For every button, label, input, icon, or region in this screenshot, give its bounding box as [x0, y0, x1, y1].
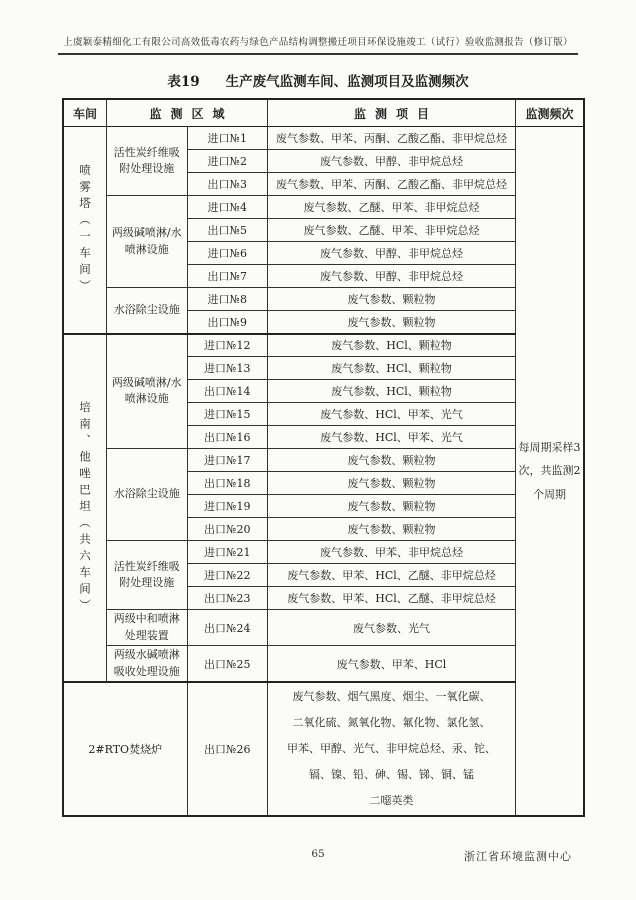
items-cell: 废气参数、HCl、颗粒物: [268, 357, 516, 380]
items-cell: 废气参数、甲苯、HCl、乙醚、非甲烷总烃: [268, 587, 516, 610]
table-row-rto: 2#RTO焚烧炉出口№26废气参数、烟气黑度、烟尘、一氧化碳、二氧化硫、氮氧化物…: [63, 682, 584, 816]
facility-cell: 两级中和喷淋处理装置: [107, 610, 188, 646]
table-row: 水浴除尘设施进口№8废气参数、颗粒物: [63, 288, 584, 311]
items-cell: 废气参数、甲苯、非甲烷总烃: [268, 541, 516, 564]
rto-items-line: 二氧化硫、氮氧化物、氟化物、氯化氢、: [270, 710, 513, 736]
items-cell: 废气参数、颗粒物: [268, 288, 516, 311]
port-cell: 出口№23: [187, 587, 268, 610]
facility-cell: 水浴除尘设施: [107, 449, 188, 541]
table-row: 两级碱喷淋/水喷淋设施进口№4废气参数、乙醚、甲苯、非甲烷总烃: [63, 196, 584, 219]
items-cell: 废气参数、颗粒物: [268, 472, 516, 495]
table-row: 两级中和喷淋处理装置出口№24废气参数、光气: [63, 610, 584, 646]
items-cell: 废气参数、甲醇、非甲烷总烃: [268, 150, 516, 173]
table-caption: 表19生产废气监测车间、监测项目及监测频次: [58, 70, 578, 90]
items-cell: 废气参数、甲苯、丙酮、乙酸乙酯、非甲烷总烃: [268, 127, 516, 150]
port-cell: 出口№18: [187, 472, 268, 495]
port-cell: 进口№1: [187, 127, 268, 150]
workshop-cell: 喷雾塔（一车间）: [63, 127, 107, 334]
items-cell: 废气参数、烟气黑度、烟尘、一氧化碳、二氧化硫、氮氧化物、氟化物、氯化氢、甲苯、甲…: [268, 682, 516, 816]
port-cell: 进口№6: [187, 242, 268, 265]
monitoring-table: 车间 监测区域 监测项目 监测频次 喷雾塔（一车间）活性炭纤维吸附处理设施进口№…: [62, 98, 585, 817]
table-caption-label: 表19: [167, 74, 199, 90]
items-cell: 废气参数、甲醇、非甲烷总烃: [268, 265, 516, 288]
facility-cell: 水浴除尘设施: [107, 288, 188, 334]
frequency-cell: 每周期采样3次，共监测2个周期: [516, 127, 585, 817]
running-header: 上虞颖泰精细化工有限公司高效低毒农药与绿色产品结构调整搬迁项目环保设施竣工（试行…: [58, 34, 578, 55]
port-cell: 进口№22: [187, 564, 268, 587]
items-cell: 废气参数、甲苯、HCl: [268, 646, 516, 683]
items-cell: 废气参数、甲醇、非甲烷总烃: [268, 242, 516, 265]
document-page: 上虞颖泰精细化工有限公司高效低毒农药与绿色产品结构调整搬迁项目环保设施竣工（试行…: [0, 0, 636, 900]
footer-organization: 浙江省环境监测中心: [464, 848, 572, 864]
rto-items-line: 废气参数、烟气黑度、烟尘、一氧化碳、: [270, 684, 513, 710]
port-cell: 进口№13: [187, 357, 268, 380]
port-cell: 进口№15: [187, 403, 268, 426]
items-cell: 废气参数、HCl、颗粒物: [268, 380, 516, 403]
table-caption-title: 生产废气监测车间、监测项目及监测频次: [226, 74, 469, 90]
rto-items-line: 二噁英类: [270, 788, 513, 814]
port-cell: 进口№4: [187, 196, 268, 219]
port-cell: 进口№8: [187, 288, 268, 311]
rto-name-cell: 2#RTO焚烧炉: [63, 682, 187, 816]
items-cell: 废气参数、HCl、甲苯、光气: [268, 426, 516, 449]
items-cell: 废气参数、颗粒物: [268, 311, 516, 334]
items-cell: 废气参数、光气: [268, 610, 516, 646]
port-cell: 进口№21: [187, 541, 268, 564]
header-area: 监测区域: [107, 99, 268, 127]
table-row: 两级水碱喷淋吸收处理设施出口№25废气参数、甲苯、HCl: [63, 646, 584, 683]
facility-cell: 两级水碱喷淋吸收处理设施: [107, 646, 188, 683]
port-cell: 出口№9: [187, 311, 268, 334]
facility-cell: 两级碱喷淋/水喷淋设施: [107, 334, 188, 449]
port-cell: 出口№14: [187, 380, 268, 403]
port-cell: 出口№5: [187, 219, 268, 242]
header-items: 监测项目: [268, 99, 516, 127]
workshop-cell: 培南、他唑巴坦（共六车间）: [63, 334, 107, 683]
table-row: 水浴除尘设施进口№17废气参数、颗粒物: [63, 449, 584, 472]
port-cell: 出口№26: [187, 682, 268, 816]
port-cell: 进口№17: [187, 449, 268, 472]
port-cell: 出口№20: [187, 518, 268, 541]
items-cell: 废气参数、HCl、颗粒物: [268, 334, 516, 357]
table-row: 活性炭纤维吸附处理设施进口№21废气参数、甲苯、非甲烷总烃: [63, 541, 584, 564]
table-header-row: 车间 监测区域 监测项目 监测频次: [63, 99, 584, 127]
port-cell: 进口№12: [187, 334, 268, 357]
facility-cell: 活性炭纤维吸附处理设施: [107, 541, 188, 610]
port-cell: 出口№24: [187, 610, 268, 646]
header-frequency: 监测频次: [516, 99, 585, 127]
table-body: 喷雾塔（一车间）活性炭纤维吸附处理设施进口№1废气参数、甲苯、丙酮、乙酸乙酯、非…: [63, 127, 584, 817]
port-cell: 出口№25: [187, 646, 268, 683]
table-row: 培南、他唑巴坦（共六车间）两级碱喷淋/水喷淋设施进口№12废气参数、HCl、颗粒…: [63, 334, 584, 357]
port-cell: 进口№2: [187, 150, 268, 173]
items-cell: 废气参数、HCl、甲苯、光气: [268, 403, 516, 426]
port-cell: 出口№3: [187, 173, 268, 196]
port-cell: 出口№7: [187, 265, 268, 288]
rto-items-line: 甲苯、甲醇、光气、非甲烷总烃、汞、铊、: [270, 736, 513, 762]
items-cell: 废气参数、颗粒物: [268, 495, 516, 518]
header-workshop: 车间: [63, 99, 107, 127]
items-cell: 废气参数、乙醚、甲苯、非甲烷总烃: [268, 219, 516, 242]
port-cell: 出口№16: [187, 426, 268, 449]
items-cell: 废气参数、甲苯、丙酮、乙酸乙酯、非甲烷总烃: [268, 173, 516, 196]
items-cell: 废气参数、颗粒物: [268, 518, 516, 541]
items-cell: 废气参数、颗粒物: [268, 449, 516, 472]
facility-cell: 两级碱喷淋/水喷淋设施: [107, 196, 188, 288]
items-cell: 废气参数、甲苯、HCl、乙醚、非甲烷总烃: [268, 564, 516, 587]
port-cell: 进口№19: [187, 495, 268, 518]
items-cell: 废气参数、乙醚、甲苯、非甲烷总烃: [268, 196, 516, 219]
facility-cell: 活性炭纤维吸附处理设施: [107, 127, 188, 196]
rto-items-line: 镉、镍、铅、砷、锡、锑、铜、锰: [270, 762, 513, 788]
table-row: 喷雾塔（一车间）活性炭纤维吸附处理设施进口№1废气参数、甲苯、丙酮、乙酸乙酯、非…: [63, 127, 584, 150]
